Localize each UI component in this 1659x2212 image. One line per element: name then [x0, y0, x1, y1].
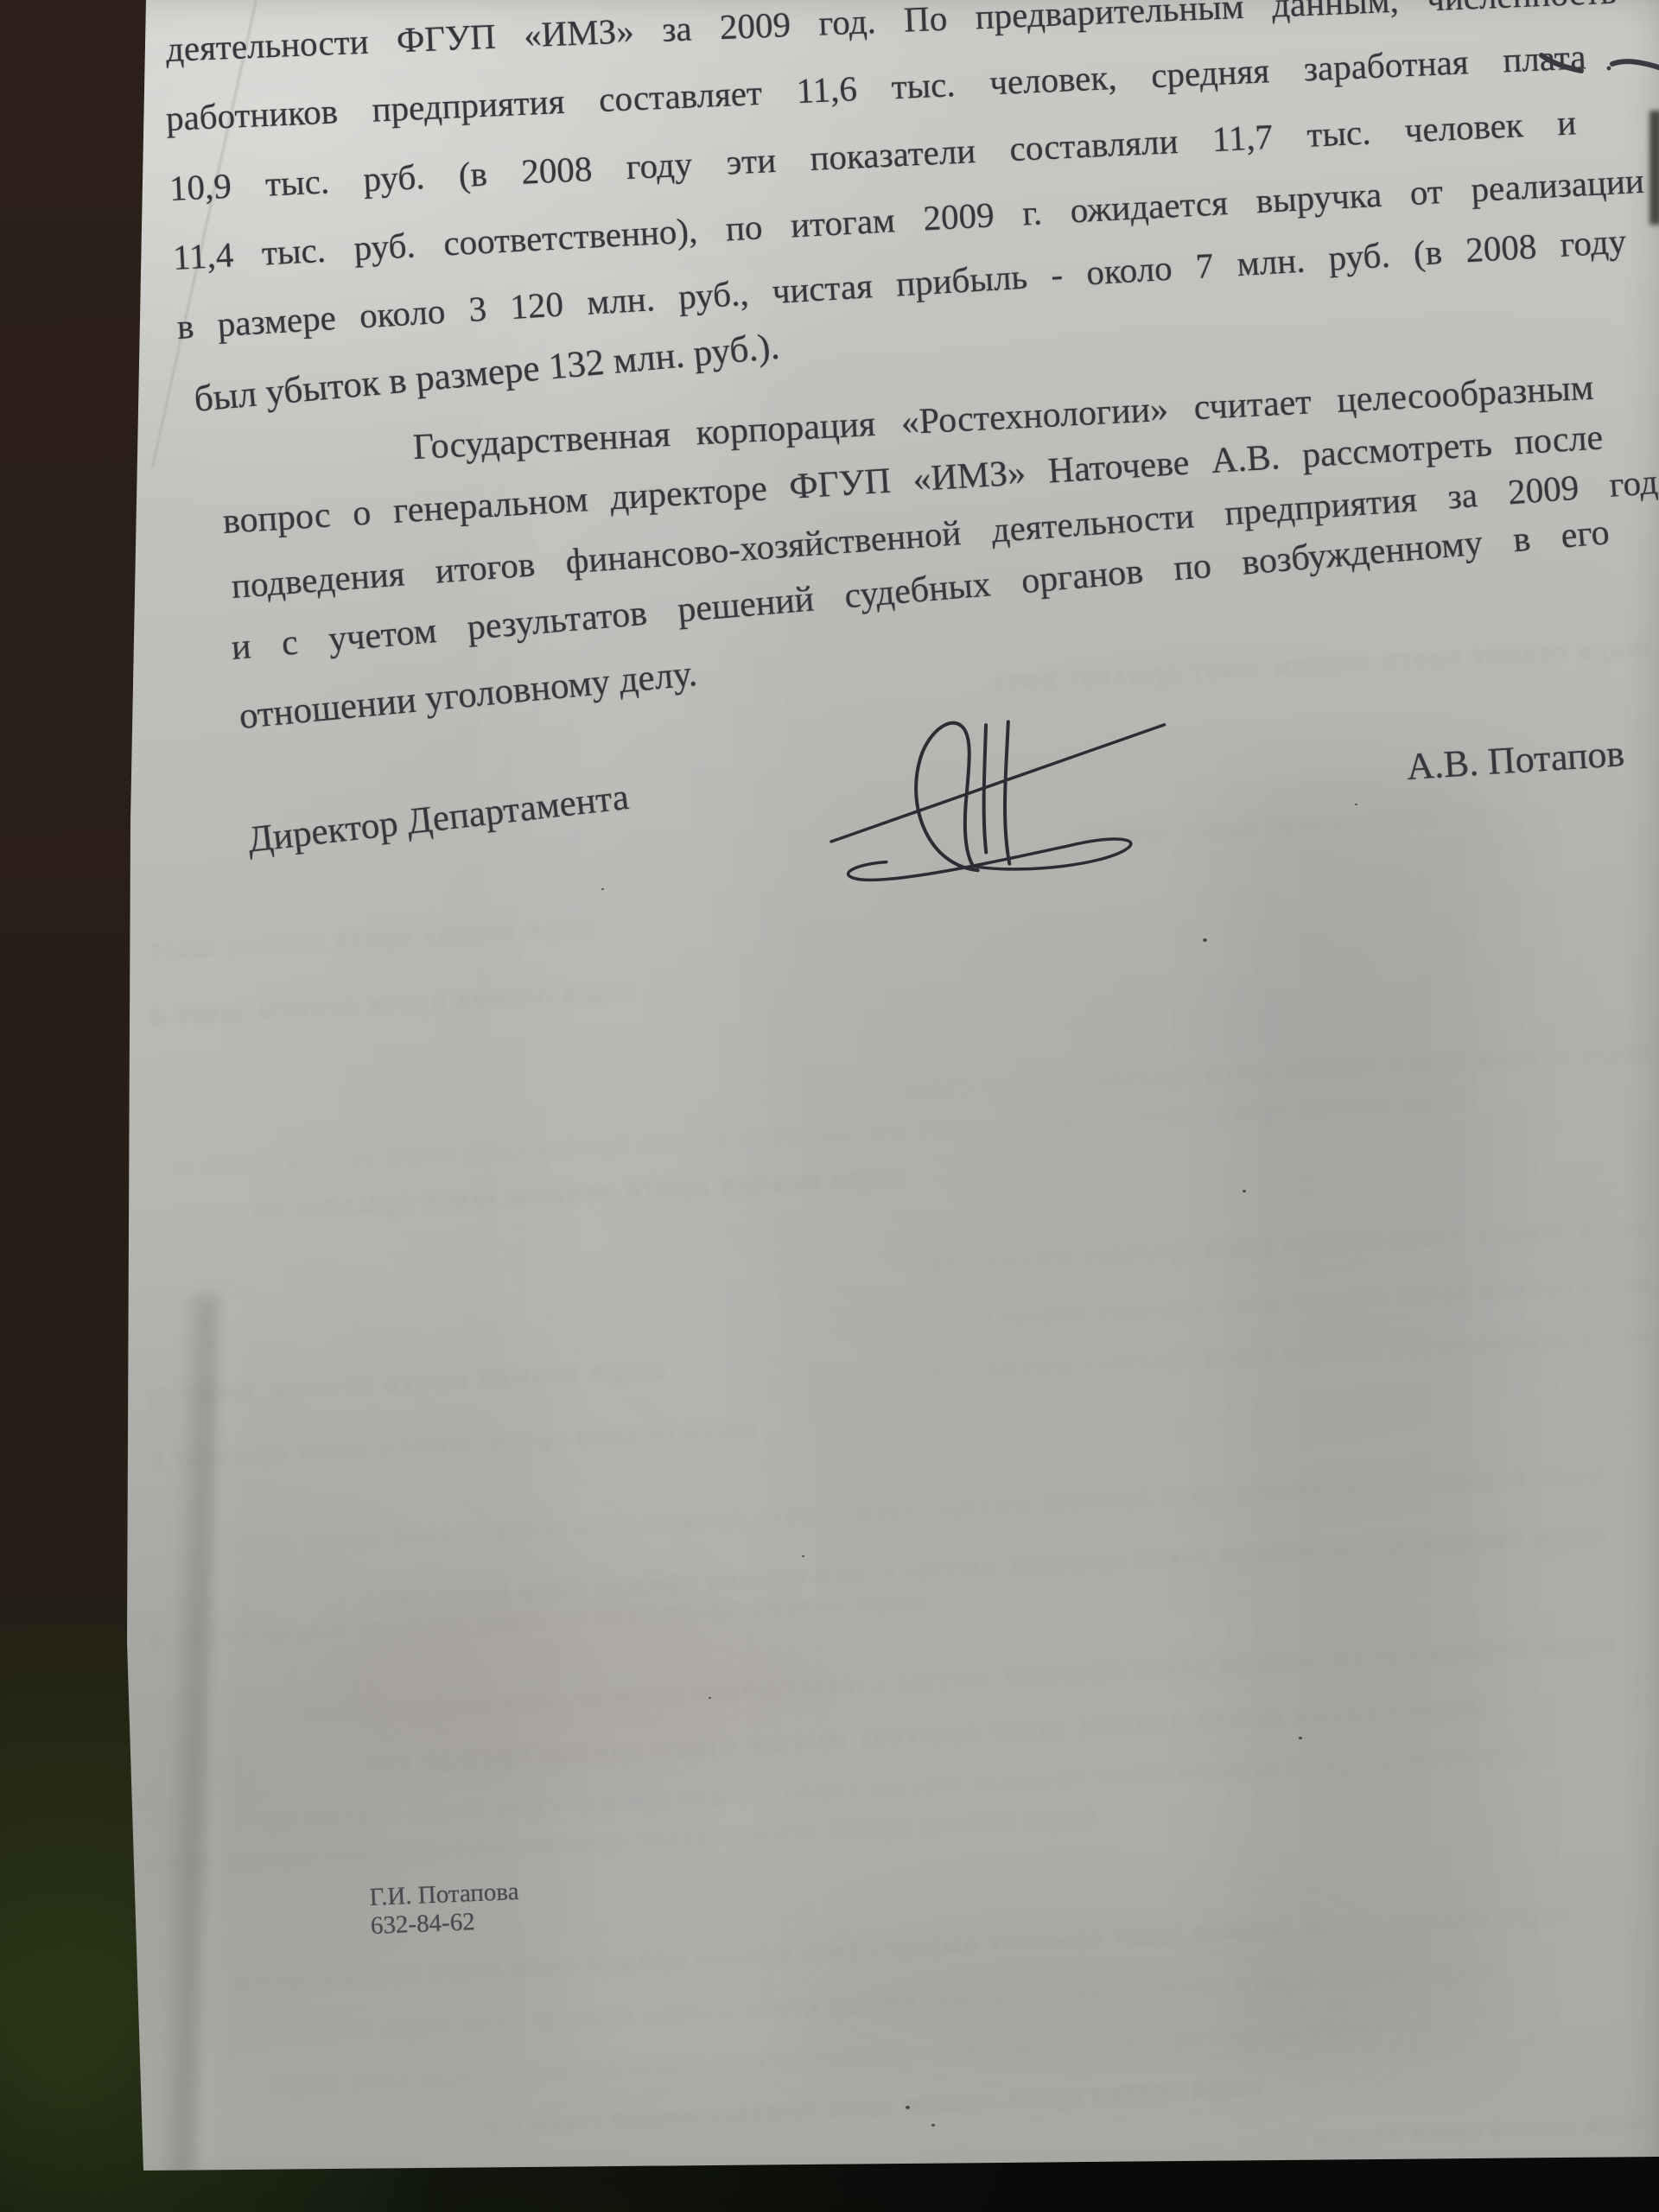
dust-speck [601, 888, 604, 890]
handwritten-signature [815, 679, 1190, 894]
bleedthrough-text-band: шцрв оеания протв лением закот орыхват и… [1243, 2107, 1650, 2163]
shadow-patch [1236, 778, 1495, 2074]
dust-speck [493, 572, 496, 575]
signer-name: А.В. Потапов [1405, 731, 1625, 789]
pen-annotation-mark [1536, 41, 1659, 89]
dust-speck [709, 1697, 711, 1699]
executor-block: Г.И. Потапова 632-84-62 [369, 1878, 520, 1941]
dust-speck [1299, 1737, 1302, 1739]
photo-edge-shadow [1649, 111, 1659, 225]
dust-speck [1203, 938, 1207, 942]
executor-phone: 632-84-62 [370, 1906, 520, 1941]
dust-speck [802, 1555, 804, 1557]
document-page: шцрв оеания протв лением закот орыхват и… [0, 0, 1659, 2212]
photo-of-document: шцрв оеания протв лением закот орыхват и… [0, 0, 1659, 2212]
dust-speck [1355, 804, 1357, 805]
dust-speck [906, 2106, 910, 2109]
dust-speck [1243, 1190, 1246, 1192]
executor-name: Г.И. Потапова [369, 1878, 519, 1912]
paper-wrinkle [156, 1295, 245, 2212]
dust-speck [931, 2124, 935, 2126]
